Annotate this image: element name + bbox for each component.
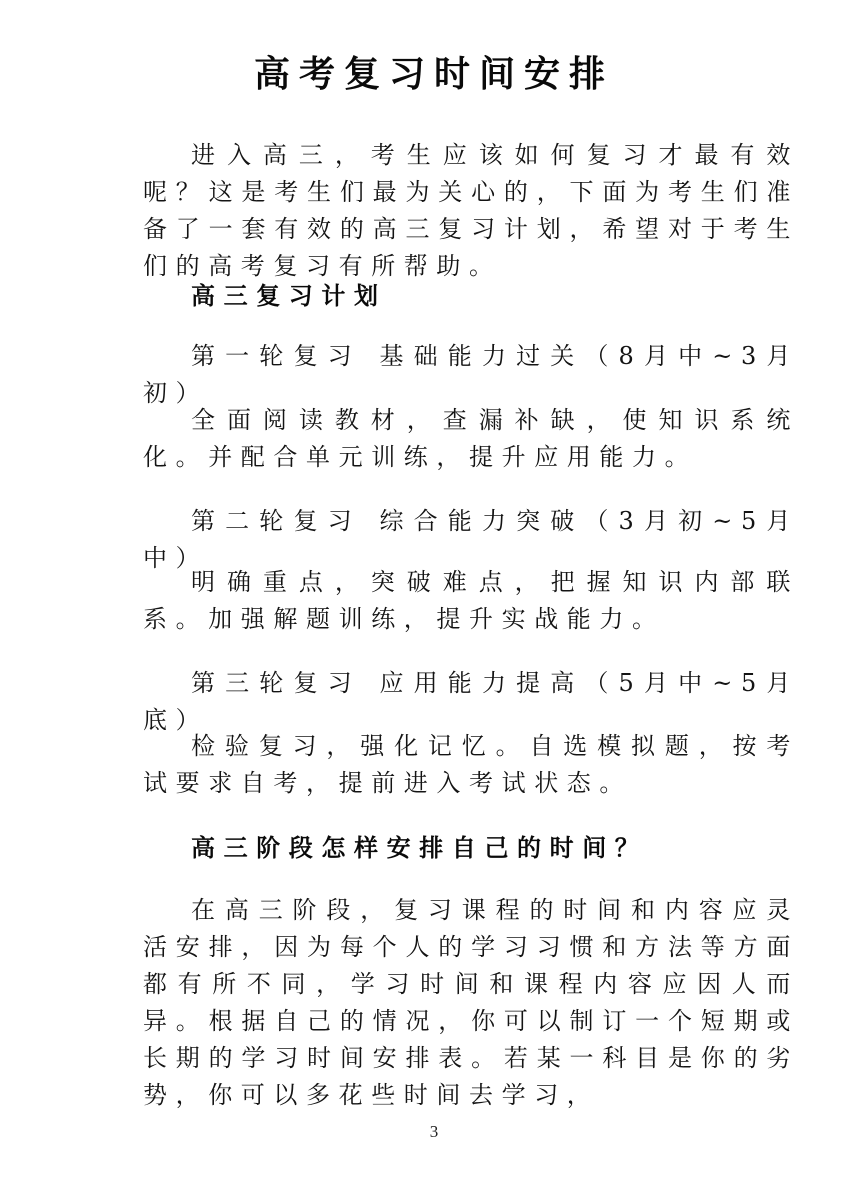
section-heading-time-management: 高三阶段怎样安排自己的时间？ [143, 829, 799, 866]
intro-paragraph: 进入高三，考生应该如何复习才最有效呢？这是考生们最为关心的，下面为考生们准备了一… [143, 137, 799, 285]
round-2-body: 明确重点，突破难点，把握知识内部联系。加强解题训练，提升实战能力。 [143, 564, 799, 638]
page-title: 高考复习时间安排 [0, 48, 868, 100]
round-1-heading: 第一轮复习 基础能力过关（8月中~3月初） [143, 338, 799, 412]
time-management-paragraph: 在高三阶段，复习课程的时间和内容应灵活安排，因为每个人的学习习惯和方法等方面都有… [143, 892, 799, 1114]
round-1-body: 全面阅读教材，查漏补缺，使知识系统化。并配合单元训练，提升应用能力。 [143, 402, 799, 476]
round-3-body: 检验复习，强化记忆。自选模拟题，按考试要求自考，提前进入考试状态。 [143, 728, 799, 802]
section-heading-review-plan: 高三复习计划 [143, 277, 799, 314]
document-page: 高考复习时间安排 进入高三，考生应该如何复习才最有效呢？这是考生们最为关心的，下… [0, 0, 868, 1178]
page-number: 3 [0, 1122, 868, 1142]
